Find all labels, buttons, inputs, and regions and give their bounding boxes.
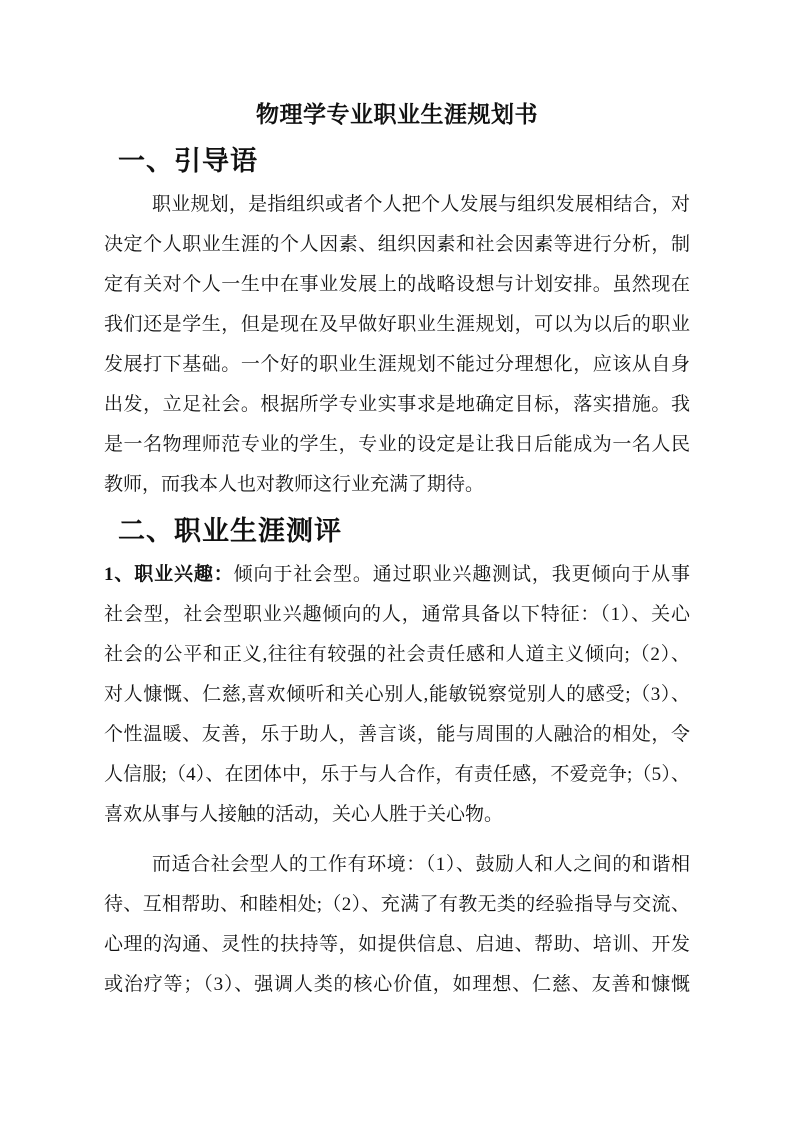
- text-line: 对人慷慨、仁慈,喜欢倾听和关心别人,能敏锐察觉别人的感受;（3）、: [104, 675, 690, 715]
- section-1-heading: 一、引导语: [118, 143, 690, 179]
- text-span: 倾向于社会型。通过职业兴趣测试，我更倾向于从事: [234, 564, 690, 585]
- text-line: 个性温暖、友善，乐于助人，善言谈，能与周围的人融洽的相处，令: [104, 715, 690, 755]
- text-line: 1、职业兴趣：倾向于社会型。通过职业兴趣测试，我更倾向于从事: [104, 555, 690, 595]
- text-line: 职业规划，是指组织或者个人把个人发展与组织发展相结合，对: [104, 185, 690, 225]
- text-line: 人信服;（4）、在团体中，乐于与人合作，有责任感，不爱竞争;（5）、: [104, 755, 690, 795]
- text-line: 待、互相帮助、和睦相处;（2）、充满了有教无类的经验指导与交流、: [104, 885, 690, 925]
- page-content: 物理学专业职业生涯规划书 一、引导语 职业规划，是指组织或者个人把个人发展与组织…: [104, 97, 690, 1005]
- text-line: 发展打下基础。一个好的职业生涯规划不能过分理想化，应该从自身: [104, 345, 690, 385]
- work-environment-paragraph: 而适合社会型人的工作有环境：（1）、鼓励人和人之间的和谐相 待、互相帮助、和睦相…: [104, 845, 690, 1005]
- career-interest-paragraph: 1、职业兴趣：倾向于社会型。通过职业兴趣测试，我更倾向于从事 社会型，社会型职业…: [104, 555, 690, 835]
- text-line: 定有关对个人一生中在事业发展上的战略设想与计划安排。虽然现在: [104, 265, 690, 305]
- text-line: 是一名物理师范专业的学生，专业的设定是让我日后能成为一名人民: [104, 425, 690, 465]
- career-interest-label: 1、职业兴趣：: [104, 564, 234, 585]
- document-title: 物理学专业职业生涯规划书: [104, 97, 690, 133]
- document-page: 物理学专业职业生涯规划书 一、引导语 职业规划，是指组织或者个人把个人发展与组织…: [0, 0, 793, 1122]
- intro-paragraph: 职业规划，是指组织或者个人把个人发展与组织发展相结合，对 决定个人职业生涯的个人…: [104, 185, 690, 505]
- text-line: 教师，而我本人也对教师这行业充满了期待。: [104, 465, 690, 505]
- text-line: 我们还是学生，但是现在及早做好职业生涯规划，可以为以后的职业: [104, 305, 690, 345]
- text-line: 出发，立足社会。根据所学专业实事求是地确定目标，落实措施。我: [104, 385, 690, 425]
- text-line: 喜欢从事与人接触的活动，关心人胜于关心物。: [104, 795, 690, 835]
- text-line: 或治疗等；（3）、强调人类的核心价值，如理想、仁慈、友善和慷慨: [104, 965, 690, 1005]
- text-line: 社会型，社会型职业兴趣倾向的人，通常具备以下特征：（1）、关心: [104, 595, 690, 635]
- text-line: 心理的沟通、灵性的扶持等，如提供信息、启迪、帮助、培训、开发: [104, 925, 690, 965]
- text-line: 社会的公平和正义,往往有较强的社会责任感和人道主义倾向;（2）、: [104, 635, 690, 675]
- section-2-heading: 二、职业生涯测评: [118, 513, 690, 549]
- text-line: 而适合社会型人的工作有环境：（1）、鼓励人和人之间的和谐相: [104, 845, 690, 885]
- text-line: 决定个人职业生涯的个人因素、组织因素和社会因素等进行分析，制: [104, 225, 690, 265]
